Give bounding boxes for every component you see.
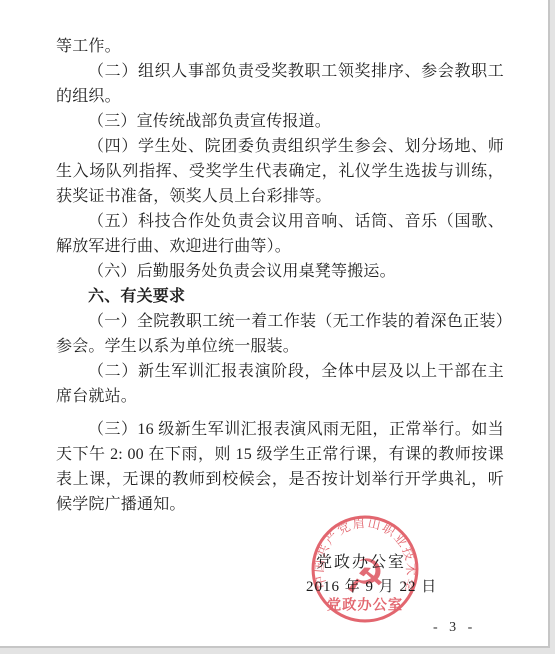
paragraph: （五）科技合作处负责会议用音响、话筒、音乐（国歌、解放军进行曲、欢迎进行曲等）。 [56,209,504,259]
paragraph: （一）全院教职工统一着工作装（无工作装的着深色正装）参会。学生以系为单位统一服装… [56,309,504,359]
section-heading: 六、有关要求 [56,284,504,309]
signature-date: 2016 年 9 月 22 日 [306,575,437,596]
signature-office: 党政办公室 [316,549,406,572]
paragraph: （二）新生军训汇报表演阶段，全体中层及以上干部在主席台就站。 [56,359,504,409]
paragraph: （四）学生处、院团委负责组织学生参会、划分场地、师生入场队列指挥、受奖学生代表确… [56,134,504,209]
seal-office-text: 党政办公室 [327,596,403,614]
paragraph: （三）16 级新生军训汇报表演风雨无阻，正常举行。如当天下午 2: 00 在下雨… [56,417,504,517]
paragraph: 等工作。 [56,34,504,59]
page-number: - 3 - [433,620,476,636]
document-page: 等工作。 （二）组织人事部负责受奖教职工领奖排序、参会教职工的组织。 （三）宣传… [0,0,550,648]
scanned-document: 等工作。 （二）组织人事部负责受奖教职工领奖排序、参会教职工的组织。 （三）宣传… [0,0,555,654]
paragraph: （三）宣传统战部负责宣传报道。 [56,109,504,134]
paragraph: （二）组织人事部负责受奖教职工领奖排序、参会教职工的组织。 [56,59,504,109]
body-text: 等工作。 （二）组织人事部负责受奖教职工领奖排序、参会教职工的组织。 （三）宣传… [56,34,504,517]
paragraph: （六）后勤服务处负责会议用桌凳等搬运。 [56,259,504,284]
